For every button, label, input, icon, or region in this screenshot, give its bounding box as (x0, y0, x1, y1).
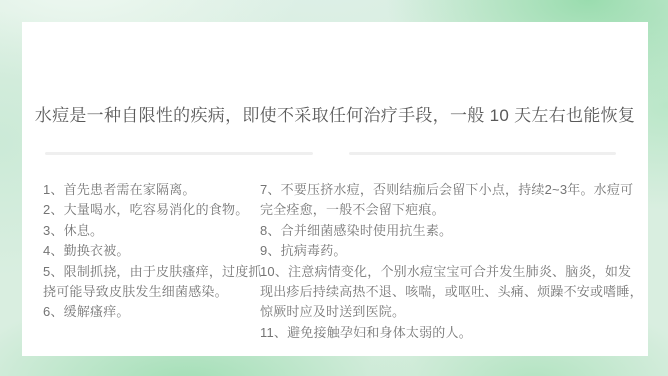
list-item: 1、首先患者需在家隔离。 (43, 180, 269, 200)
left-column: 1、首先患者需在家隔离。 2、大量喝水，吃容易消化的食物。 3、休息。 4、勤换… (43, 180, 269, 323)
content-card: 水痘是一种自限性的疾病，即使不采取任何治疗手段，一般 10 天左右也能恢复 1、… (22, 22, 648, 356)
list-item: 3、休息。 (43, 221, 269, 241)
list-item: 8、合并细菌感染时使用抗生素。 (260, 221, 644, 241)
list-item: 10、注意病情变化，个别水痘宝宝可合并发生肺炎、脑炎，如发现出疹后持续高热不退、… (260, 262, 644, 323)
divider-right-column (349, 152, 616, 155)
list-item: 4、勤换衣被。 (43, 241, 269, 261)
list-item: 6、缓解瘙痒。 (43, 302, 269, 322)
list-item: 2、大量喝水，吃容易消化的食物。 (43, 200, 269, 220)
list-item: 9、抗病毒药。 (260, 241, 644, 261)
watercolor-border-background: 水痘是一种自限性的疾病，即使不采取任何治疗手段，一般 10 天左右也能恢复 1、… (0, 0, 668, 376)
list-item: 7、不要压挤水痘，否则结痂后会留下小点，持续2~3年。水痘可完全痊愈，一般不会留… (260, 180, 644, 221)
list-item: 11、避免接触孕妇和身体太弱的人。 (260, 323, 644, 343)
list-item: 5、限制抓挠，由于皮肤瘙痒，过度抓挠可能导致皮肤发生细菌感染。 (43, 262, 269, 303)
divider-left-column (45, 152, 313, 155)
slide-title: 水痘是一种自限性的疾病，即使不采取任何治疗手段，一般 10 天左右也能恢复 (22, 103, 648, 128)
right-column: 7、不要压挤水痘，否则结痂后会留下小点，持续2~3年。水痘可完全痊愈，一般不会留… (260, 180, 644, 343)
